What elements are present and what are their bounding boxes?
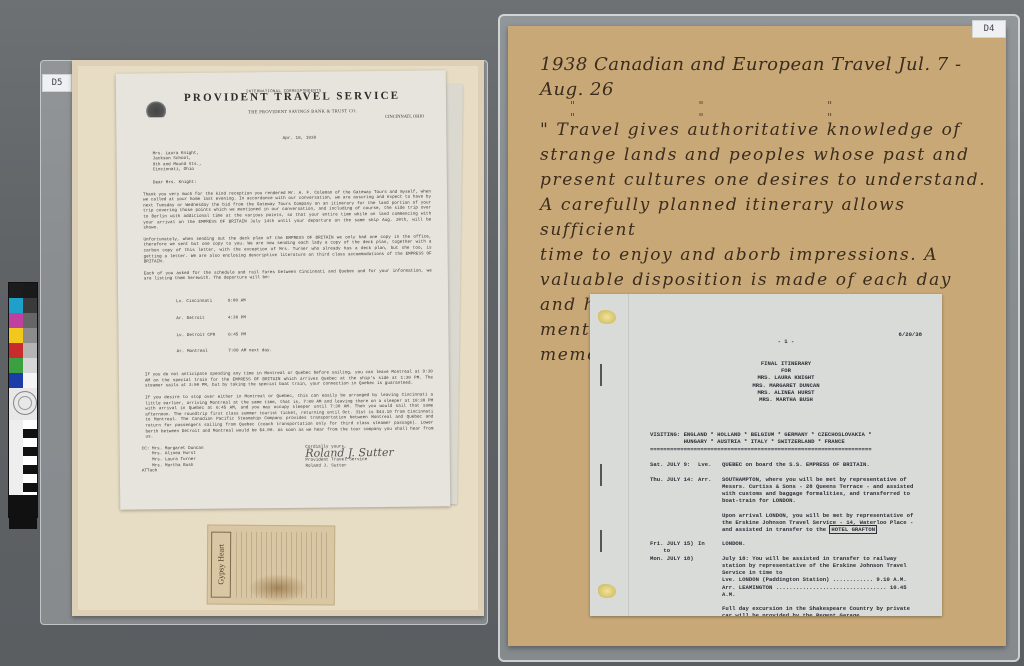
entry-text: SOUTHAMPTON, where you will be met by re… — [722, 476, 922, 534]
letter-paragraph: Unfortunately, when sending out the deck… — [143, 234, 431, 265]
newspaper-clipping: Gypsy Heart — [207, 525, 336, 606]
color-patch-row — [9, 283, 37, 298]
schedule-row: Ar. Montreal 7:00 AM next day. — [177, 347, 433, 355]
gray-patch — [23, 328, 37, 343]
itinerary-title: FINAL ITINERARY FOR MRS. LAURA KNIGHT MR… — [650, 360, 922, 403]
binding-hole — [600, 464, 602, 486]
color-patch-row — [9, 298, 37, 313]
left-tab-label: D5 — [52, 78, 63, 88]
parent-company: THE PROVIDENT SAVINGS BANK & TRUST CO. — [248, 108, 357, 115]
adhesive-stain — [248, 574, 308, 602]
brass-fastener-icon — [598, 584, 616, 598]
binding-hole — [600, 530, 602, 552]
handwritten-line: present cultures one desires to understa… — [540, 168, 1000, 193]
patch-blue — [9, 373, 23, 388]
hotel-name-boxed: HOTEL GRAFTON — [829, 525, 877, 534]
enclosure-mark: ATTach — [142, 468, 204, 474]
letterhead-city: CINCINNATI, OHIO — [385, 114, 424, 120]
page-marker: - 1 - — [650, 338, 922, 345]
schedule-stop: Lv. Detroit CPR — [176, 332, 215, 337]
handwritten-line: time to enjoy and aborb impressions. A — [540, 243, 1000, 268]
color-patch-row — [9, 313, 37, 328]
entry-date: Thu. JULY 14: — [650, 476, 698, 534]
scale-ruler — [9, 420, 37, 495]
company-emblem-icon — [146, 101, 166, 117]
schedule-row: Lv. Detroit CPR 6:45 PM — [176, 330, 432, 338]
patch-magenta — [9, 313, 23, 328]
typed-letter: INTERNATIONAL CORRESPONDENTS PROVIDENT T… — [116, 70, 451, 509]
letterhead: INTERNATIONAL CORRESPONDENTS PROVIDENT T… — [138, 88, 430, 133]
itinerary-entry: Fri. JULY 15) to Mon. JULY 18) In LONDON… — [650, 540, 922, 616]
handwritten-line: strange lands and peoples whose past and — [540, 143, 1000, 168]
entry-text: QUEBEC on board the S.S. EMPRESS OF BRIT… — [722, 461, 922, 468]
schedule-row: Ar. Detroit 4:30 PM — [176, 313, 432, 321]
handwritten-line: " Travel gives authoritative knowledge o… — [540, 118, 1000, 143]
visiting-countries: VISITING: ENGLAND * HOLLAND * BELGIUM * … — [650, 431, 922, 445]
gray-patch — [23, 298, 37, 313]
company-name: PROVIDENT TRAVEL SERVICE — [184, 94, 400, 102]
divider-rule: ========================================… — [650, 446, 922, 453]
patch-green — [9, 358, 23, 373]
visiting-label: VISITING: — [650, 431, 680, 438]
gray-patch — [23, 283, 37, 298]
entry-action: Arr. — [698, 476, 722, 534]
clipping-title: Gypsy Heart — [211, 532, 231, 598]
letter-date: Apr. 18, 1938 — [168, 134, 430, 142]
entry-action: Lve. — [698, 461, 722, 468]
gray-patch — [23, 343, 37, 358]
binding-hole — [600, 364, 602, 386]
handwritten-note: 1938 Canadian and European Travel Jul. 7… — [540, 52, 1000, 282]
brass-fastener-icon — [598, 310, 616, 324]
typed-itinerary: - 1 - FINAL ITINERARY FOR MRS. LAURA KNI… — [590, 294, 942, 616]
entry-action: In — [698, 540, 722, 616]
schedule-time: 9:00 AM — [228, 298, 246, 303]
train-schedule: Lv. Cincinnati 9:00 AM Ar. Detroit 4:30 … — [176, 285, 433, 366]
entry-text: LONDON. July 18: You will be assisted in… — [722, 540, 922, 616]
handwritten-line: A carefully planned itinerary allows suf… — [540, 193, 1000, 243]
letter-paragraph: If you desire to stop over either in Mon… — [145, 392, 433, 440]
letter-paragraph: Thank you very much for the kind recepti… — [143, 189, 431, 231]
left-page-tab: D5 — [42, 74, 72, 92]
itinerary-entry: Thu. JULY 14: Arr. SOUTHAMPTON, where yo… — [650, 476, 922, 534]
patch-yellow — [9, 328, 23, 343]
schedule-row: Lv. Cincinnati 9:00 AM — [176, 297, 432, 305]
color-patch-row — [9, 343, 37, 358]
entry-date: Fri. JULY 15) to Mon. JULY 18) — [650, 540, 698, 616]
color-patch-row — [9, 328, 37, 343]
handwritten-signature: Roland J. Sutter — [305, 450, 393, 457]
signature-block: Cordially yours, Roland J. Sutter Provid… — [305, 444, 394, 473]
letter-paragraph: Each of you asked for the schedule and r… — [144, 268, 432, 282]
itinerary-entry: Sat. JULY 9: Lve. QUEBEC on board the S.… — [650, 461, 922, 468]
color-patch-row — [9, 373, 37, 388]
entry-text-body: SOUTHAMPTON, where you will be met by re… — [722, 476, 917, 533]
recipient-address: Mrs. Laura Knight, Jackson School, 9th a… — [153, 148, 431, 173]
color-patch-row — [9, 358, 37, 373]
schedule-stop: Ar. Detroit — [176, 316, 204, 321]
right-tab-label: D4 — [984, 24, 995, 34]
schedule-time: 4:30 PM — [228, 315, 246, 320]
gray-patch — [23, 358, 37, 373]
patch-black — [9, 283, 23, 298]
patch-red — [9, 343, 23, 358]
handwritten-heading: 1938 Canadian and European Travel Jul. 7… — [540, 52, 1000, 102]
schedule-stop: Lv. Cincinnati — [176, 299, 212, 304]
color-calibration-target — [8, 282, 38, 518]
handwritten-line: valuable disposition is made of each day — [540, 268, 1000, 293]
letter-paragraph: If you do not anticipate spending any ti… — [145, 370, 433, 390]
target-footer — [9, 495, 37, 529]
gray-patch — [23, 313, 37, 328]
schedule-time: 6:45 PM — [228, 332, 246, 337]
salutation: Dear Mrs. Knight: — [153, 177, 431, 186]
itinerary-date: 6/20/38 — [899, 331, 923, 338]
schedule-time: 7:00 AM next day. — [228, 349, 272, 354]
schedule-stop: Ar. Montreal — [177, 349, 208, 354]
right-page-tab: D4 — [972, 20, 1006, 38]
focus-target-icon — [9, 388, 37, 420]
letter-closing: CC: Mrs. Margaret Duncan Mrs. Alinea Hur… — [142, 443, 434, 474]
cc-list: CC: Mrs. Margaret Duncan Mrs. Alinea Hur… — [142, 446, 204, 469]
patch-cyan — [9, 298, 23, 313]
signer-name: Roland J. Sutter — [305, 462, 393, 469]
countries-list: ENGLAND * HOLLAND * BELGIUM * GERMANY * … — [650, 431, 872, 445]
gray-patch — [23, 373, 37, 388]
entry-date: Sat. JULY 9: — [650, 461, 698, 468]
itinerary-header: - 1 - FINAL ITINERARY FOR MRS. LAURA KNI… — [650, 324, 922, 425]
